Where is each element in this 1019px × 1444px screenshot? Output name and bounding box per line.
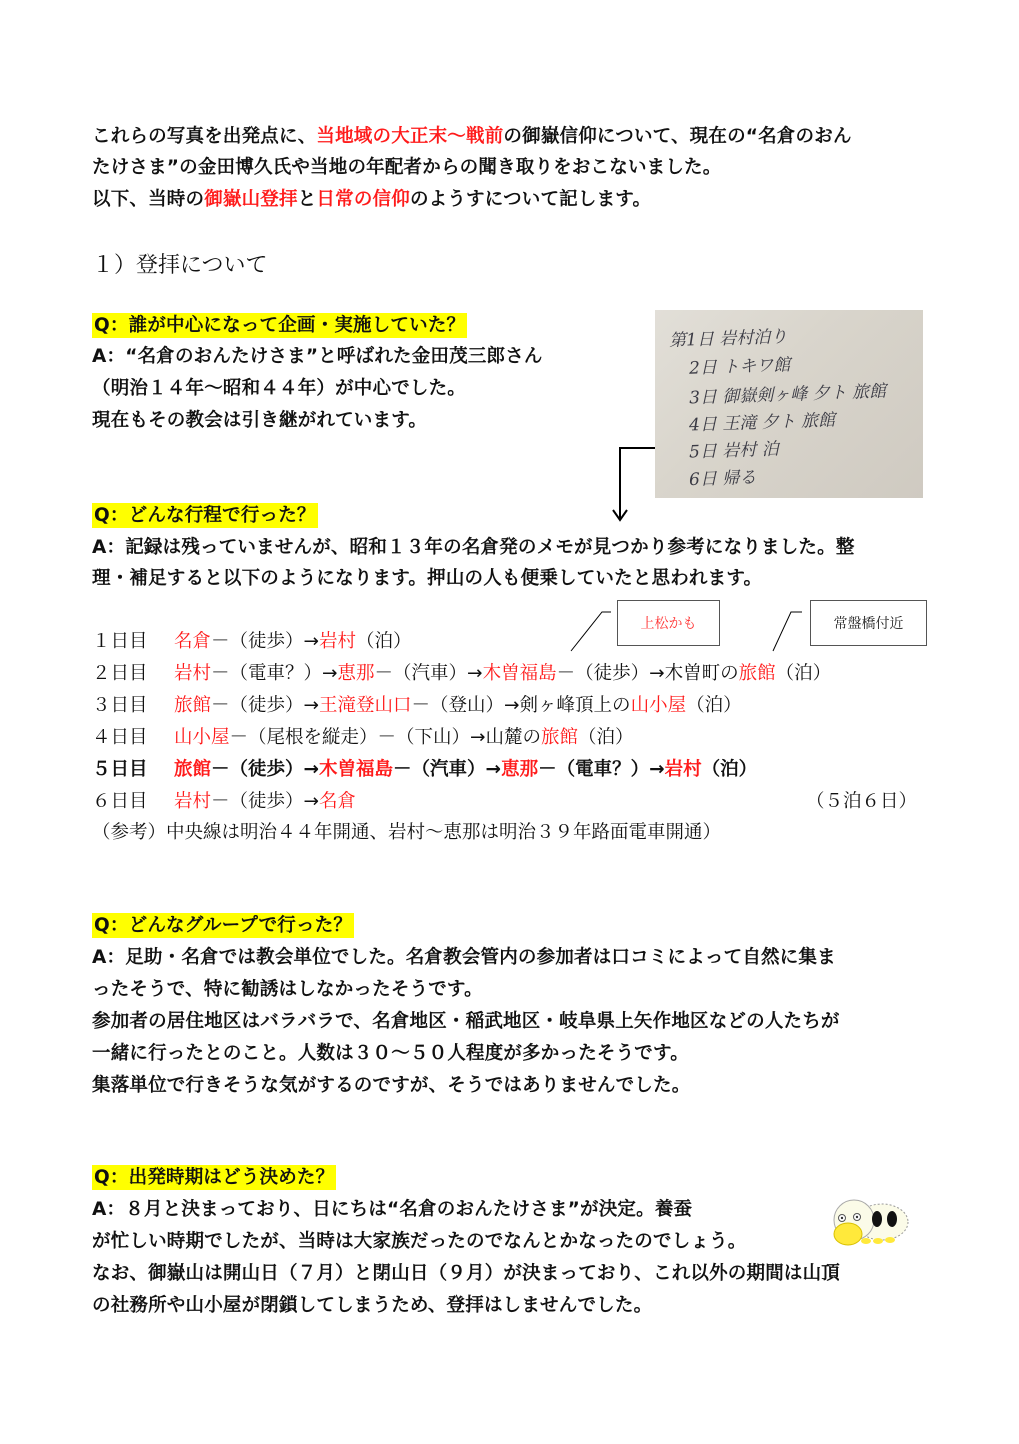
day-label: ２日目 <box>92 662 174 686</box>
route: （泊） <box>356 631 412 652</box>
itinerary-day-4: ４日目山小屋－（尾根を縦走）－（下山）→山麓の旅館（泊） <box>92 726 634 750</box>
route: －（徒歩）→ <box>211 791 319 812</box>
place: 旅館 <box>174 695 211 716</box>
question-2: Q：どんな行程で行った？ <box>92 504 318 528</box>
place: 恵那 <box>501 759 538 780</box>
route: （泊） <box>702 759 758 780</box>
answer-3-line-1: A：足助・名倉では教会単位でした。名倉教会管内の参加者は口コミによって自然に集ま <box>92 946 836 970</box>
silkworm-mascot-icon <box>826 1196 910 1250</box>
answer-3-line-5: 集落単位で行きそうな気がするのですが、そうではありませんでした。 <box>92 1074 690 1098</box>
photo-arrow-line <box>620 448 655 518</box>
place: 旅館 <box>739 663 776 684</box>
callout-tokiwabashi: 常盤橋付近 <box>810 600 927 646</box>
route: －（徒歩）→ <box>211 695 319 716</box>
answer-4-line-4: の社務所や山小屋が閉鎖してしまうため、登拝はしませんでした。 <box>92 1294 652 1318</box>
route: －（尾根を縦走）－（下山）→山麓の <box>230 727 542 748</box>
place: 名倉 <box>174 631 211 652</box>
place: 岩村 <box>319 631 356 652</box>
itinerary-day-2: ２日目岩村－（電車？）→恵那－（汽車）→木曽福島－（徒歩）→木曽町の旅館（泊） <box>92 662 831 686</box>
answer-2-line-1: A：記録は残っていませんが、昭和１３年の名倉発のメモが見つかり参考になりました。… <box>92 536 855 560</box>
route: （泊） <box>578 727 634 748</box>
place: 旅館 <box>541 727 578 748</box>
answer-4-line-2: が忙しい時期でしたが、当時は大家族だったのでなんとかなったのでしょう。 <box>92 1230 747 1254</box>
day-label: ５日目 <box>92 758 174 782</box>
place: 名倉 <box>319 791 356 812</box>
itinerary-note: （参考）中央線は明治４４年開通、岩村〜恵那は明治３９年路面電車開通） <box>92 821 721 845</box>
itinerary-total: （５泊６日） <box>806 790 917 814</box>
route: －（徒歩）→ <box>211 631 319 652</box>
place: 旅館 <box>174 759 211 780</box>
place: 木曽福島 <box>483 663 557 684</box>
answer-2-line-2: 理・補足すると以下のようになります。押山の人も便乗していたと思われます。 <box>92 567 762 591</box>
itinerary-day-5: ５日目旅館－（徒歩）→木曽福島－（汽車）→恵那－（電車？）→岩村（泊） <box>92 758 757 782</box>
place: 山小屋 <box>631 695 687 716</box>
day-label: １日目 <box>92 630 174 654</box>
itinerary-day-1: １日目名倉－（徒歩）→岩村（泊） <box>92 630 412 654</box>
place: 岩村 <box>665 759 702 780</box>
route: －（電車？）→ <box>211 663 338 684</box>
route: －（徒歩）→ <box>211 759 319 780</box>
place: 木曽福島 <box>319 759 393 780</box>
question-4: Q：出発時期はどう決めた？ <box>92 1166 336 1190</box>
route: －（汽車）→ <box>375 663 483 684</box>
itinerary-day-6: ６日目岩村－（徒歩）→名倉 <box>92 790 356 814</box>
answer-3-line-3: 参加者の居住地区はバラバラで、名倉地区・稲武地区・岐阜県上矢作地区などの人たちが <box>92 1010 840 1034</box>
day-label: ３日目 <box>92 694 174 718</box>
route: －（汽車）→ <box>393 759 501 780</box>
place: 岩村 <box>174 663 211 684</box>
answer-3-line-4: 一緒に行ったとのこと。人数は３０〜５０人程度が多かったそうです。 <box>92 1042 689 1066</box>
question-4-label: Q：出発時期はどう決めた？ <box>92 1165 336 1190</box>
question-2-label: Q：どんな行程で行った？ <box>92 503 318 528</box>
callout-agematsu: 上松かも <box>617 600 720 646</box>
route: （泊） <box>776 663 832 684</box>
place: 山小屋 <box>174 727 230 748</box>
route: （泊） <box>686 695 742 716</box>
place: 岩村 <box>174 791 211 812</box>
place: 王滝登山口 <box>319 695 412 716</box>
answer-4-line-1: A：８月と決まっており、日にちは“名倉のおんたけさま”が決定。養蚕 <box>92 1198 692 1222</box>
place: 恵那 <box>338 663 375 684</box>
route: －（電車？）→ <box>538 759 665 780</box>
day-label: ６日目 <box>92 790 174 814</box>
question-3: Q：どんなグループで行った？ <box>92 914 354 938</box>
day-label: ４日目 <box>92 726 174 750</box>
route: －（登山）→剣ヶ峰頂上の <box>412 695 631 716</box>
answer-4-line-3: なお、御嶽山は開山日（７月）と閉山日（９月）が決まっており、これ以外の期間は山頂 <box>92 1262 840 1286</box>
route: －（徒歩）→木曽町の <box>557 663 739 684</box>
itinerary-day-3: ３日目旅館－（徒歩）→王滝登山口－（登山）→剣ヶ峰頂上の山小屋（泊） <box>92 694 742 718</box>
question-3-label: Q：どんなグループで行った？ <box>92 913 354 938</box>
answer-3-line-2: ったそうで、特に勧誘はしなかったそうです。 <box>92 978 483 1002</box>
